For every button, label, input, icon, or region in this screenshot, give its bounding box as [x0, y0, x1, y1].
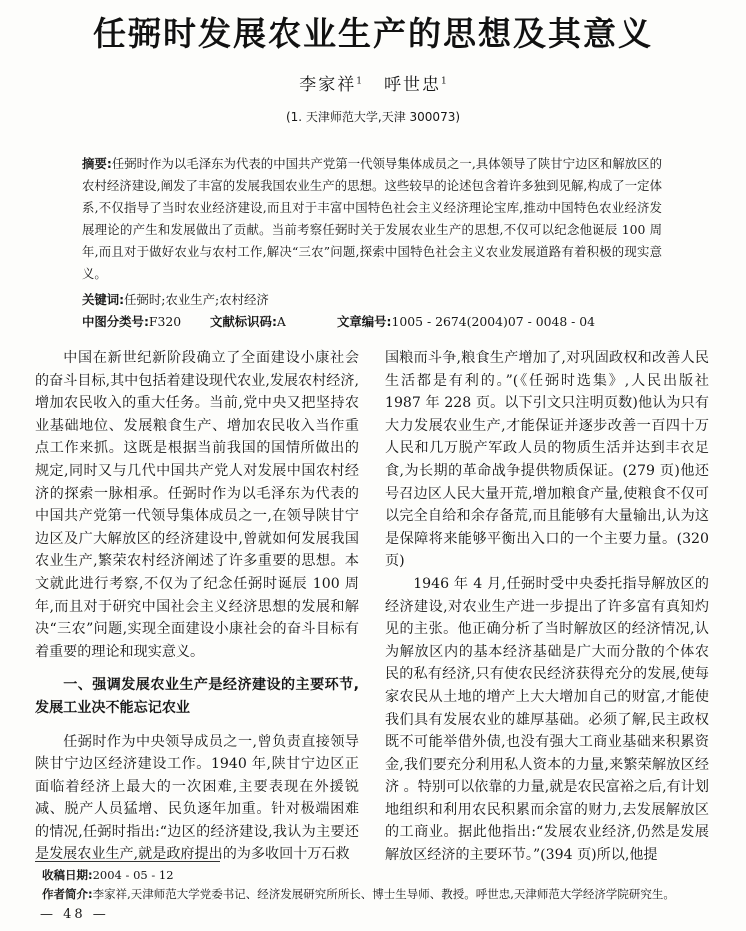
keywords-label: 关键词: [82, 292, 124, 307]
page-number: — 48 — [40, 907, 109, 922]
author-line: 李家祥1呼世忠1 [0, 70, 746, 95]
author-bio-text: 李家祥,天津师范大学党委书记、经济发展研究所所长、博士生导师、教授。呼世忠,天津… [93, 887, 675, 901]
keywords: 关键词:任弼时;农业生产;农村经济 [82, 290, 269, 308]
clc-number: 中图分类号:F320 [82, 312, 181, 330]
body-paragraph: 1946 年 4 月,任弼时受中央委托指导解放区的经济建设,对农业生产进一步提出… [385, 573, 709, 867]
received-date: 收稿日期:2004 - 05 - 12 [42, 867, 174, 883]
article-number: 文章编号:1005 - 2674(2004)07 - 0048 - 04 [337, 312, 595, 330]
article-number-label: 文章编号: [337, 314, 392, 329]
body-paragraph: 国粮而斗争,粮食生产增加了,对巩固政权和改善人民生活都是有利的。”(《任弼时选集… [385, 347, 709, 573]
received-date-label: 收稿日期: [42, 868, 93, 882]
affiliation: (1. 天津师范大学,天津 300073) [0, 108, 746, 125]
abstract-label: 摘要: [82, 156, 112, 171]
author-name: 呼世忠 [384, 75, 441, 95]
author-bio: 作者简介:李家祥,天津师范大学党委书记、经济发展研究所所长、博士生导师、教授。呼… [42, 886, 675, 902]
abstract: 摘要:任弼时作为以毛泽东为代表的中国共产党第一代领导集体成员之一,具体领导了陕甘… [82, 153, 662, 285]
keywords-text: 任弼时;农业生产;农村经济 [124, 292, 269, 307]
clc-value: F320 [149, 314, 181, 329]
section-heading: 一、强调发展农业生产是经济建设的主要环节,发展工业决不能忘记农业 [35, 674, 359, 719]
received-date-value: 2004 - 05 - 12 [93, 868, 174, 882]
author-name: 李家祥 [299, 75, 356, 95]
footnote-divider [35, 861, 220, 862]
author-bio-label: 作者简介: [42, 887, 93, 901]
author-affiliation-marker: 1 [441, 76, 447, 86]
body-column-right: 国粮而斗争,粮食生产增加了,对巩固政权和改善人民生活都是有利的。”(《任弼时选集… [385, 347, 709, 867]
intro-paragraph: 中国在新世纪新阶段确立了全面建设小康社会的奋斗目标,其中包括着建设现代农业,发展… [35, 347, 359, 663]
abstract-text: 任弼时作为以毛泽东为代表的中国共产党第一代领导集体成员之一,具体领导了陕甘宁边区… [82, 156, 662, 281]
document-code-value: A [277, 314, 286, 329]
document-code: 文献标识码:A [210, 312, 286, 330]
paper-title: 任弼时发展农业生产的思想及其意义 [0, 8, 746, 55]
author-affiliation-marker: 1 [356, 76, 362, 86]
document-code-label: 文献标识码: [210, 314, 277, 329]
article-number-value: 1005 - 2674(2004)07 - 0048 - 04 [392, 314, 596, 329]
body-column-left: 中国在新世纪新阶段确立了全面建设小康社会的奋斗目标,其中包括着建设现代农业,发展… [35, 347, 359, 866]
clc-label: 中图分类号: [82, 314, 149, 329]
body-paragraph: 任弼时作为中央领导成员之一,曾负责直接领导陕甘宁边区经济建设工作。1940 年,… [35, 731, 359, 867]
